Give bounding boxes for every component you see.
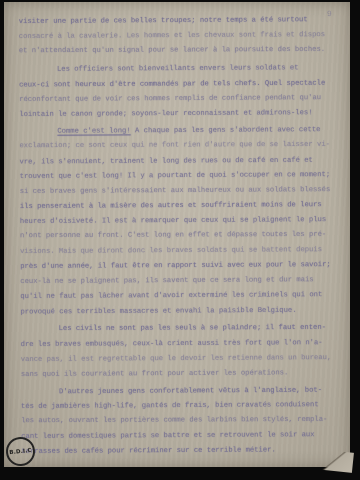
line-text: dre les braves embusqués, ceux-là crient… (21, 339, 323, 349)
text-line: exclamation; ce sont ceux qui ne font ri… (19, 138, 344, 154)
line-text: sans quoi ils courraient au front pour a… (21, 369, 288, 379)
text-line: et n'attendaient qu'un signal pour se la… (19, 43, 344, 59)
line-text: vre, ils s'ennuient, traînent le long de… (20, 157, 313, 167)
line-text: réconfortant que de voir ces hommes remp… (19, 94, 321, 104)
line-text: consacré à la cavalerie. Les hommes et l… (19, 31, 325, 41)
line-text: lointain le canon gronde; soyons-leur re… (19, 109, 312, 119)
line-text: terrasses des cafés pour récriminer sur … (21, 446, 276, 456)
text-line: les autos, ouvrant les portières comme d… (21, 413, 346, 429)
text-line: lointain le canon gronde; soyons-leur re… (19, 106, 344, 123)
scanned-page: 9 visiter une partie de ces belles troup… (0, 0, 360, 480)
text-line: Les officiers sont bienveillants envers … (19, 61, 344, 78)
line-text: visions. Mais que diront donc les braves… (20, 246, 322, 256)
line-text: provoqué ces terribles massacres et enva… (20, 307, 296, 317)
text-line: qu'il ne faut pas lâcher avant d'avoir e… (20, 288, 345, 305)
line-text: ceux-ci sont heureux d'être commandés pa… (19, 79, 325, 89)
line-text: Les officiers sont bienveillants envers … (57, 64, 299, 73)
line-text: vance pas, il est regrettable que le dev… (21, 354, 332, 364)
line-text: Les civils ne sont pas les seuls à se pl… (59, 323, 326, 332)
line-text: heures d'oisiveté. Il est à remarquer qu… (20, 216, 326, 226)
line-text: ceux-là ne se plaignent pas, ils savent … (20, 276, 313, 286)
text-line: provoqué ces terribles massacres et enva… (20, 304, 345, 321)
line-text: çant leurs domestiques partis se battre … (21, 431, 314, 441)
line-text: tés de jambières high-life, gantés de fr… (21, 401, 319, 411)
page-curl (316, 449, 354, 473)
line-text: trouvent que c'est long! Il y a pourtant… (20, 171, 331, 181)
line-text: visiter une partie de ces belles troupes… (19, 16, 308, 26)
text-line: sans quoi ils courraient au front pour a… (21, 366, 346, 383)
line-text: près d'une année, il faut être en rappor… (20, 261, 331, 271)
line-text: n'ont personne au front. C'est long en e… (20, 231, 326, 240)
line-text: ils penseraient à la misère des autres e… (20, 201, 322, 211)
paper-sheet: 9 visiter une partie de ces belles troup… (4, 2, 350, 467)
line-text: D'autres jeunes gens confortablement vêt… (59, 387, 322, 397)
text-line: Les civils ne sont pas les seuls à se pl… (21, 320, 346, 336)
line-text: A chaque pas les gens s'abordent avec ce… (131, 126, 321, 135)
typewritten-text: visiter une partie de ces belles troupes… (19, 13, 347, 460)
stamp-label: B.D.I.C (9, 447, 32, 455)
line-text: et n'attendaient qu'un signal pour se la… (19, 46, 325, 55)
line-text: qu'il ne faut pas lâcher avant d'avoir e… (20, 291, 322, 301)
line-text: exclamation; ce sont ceux qui ne font ri… (19, 141, 330, 150)
text-line: n'ont personne au front. C'est long en e… (20, 228, 345, 244)
line-text: les autos, ouvrant les portières comme d… (21, 416, 327, 425)
line-text: si ces braves gens s'intéressaient aux m… (20, 186, 331, 196)
text-line: terrasses des cafés pour récriminer sur … (21, 443, 346, 460)
underlined-phrase: Comme c'est long! (57, 127, 130, 135)
